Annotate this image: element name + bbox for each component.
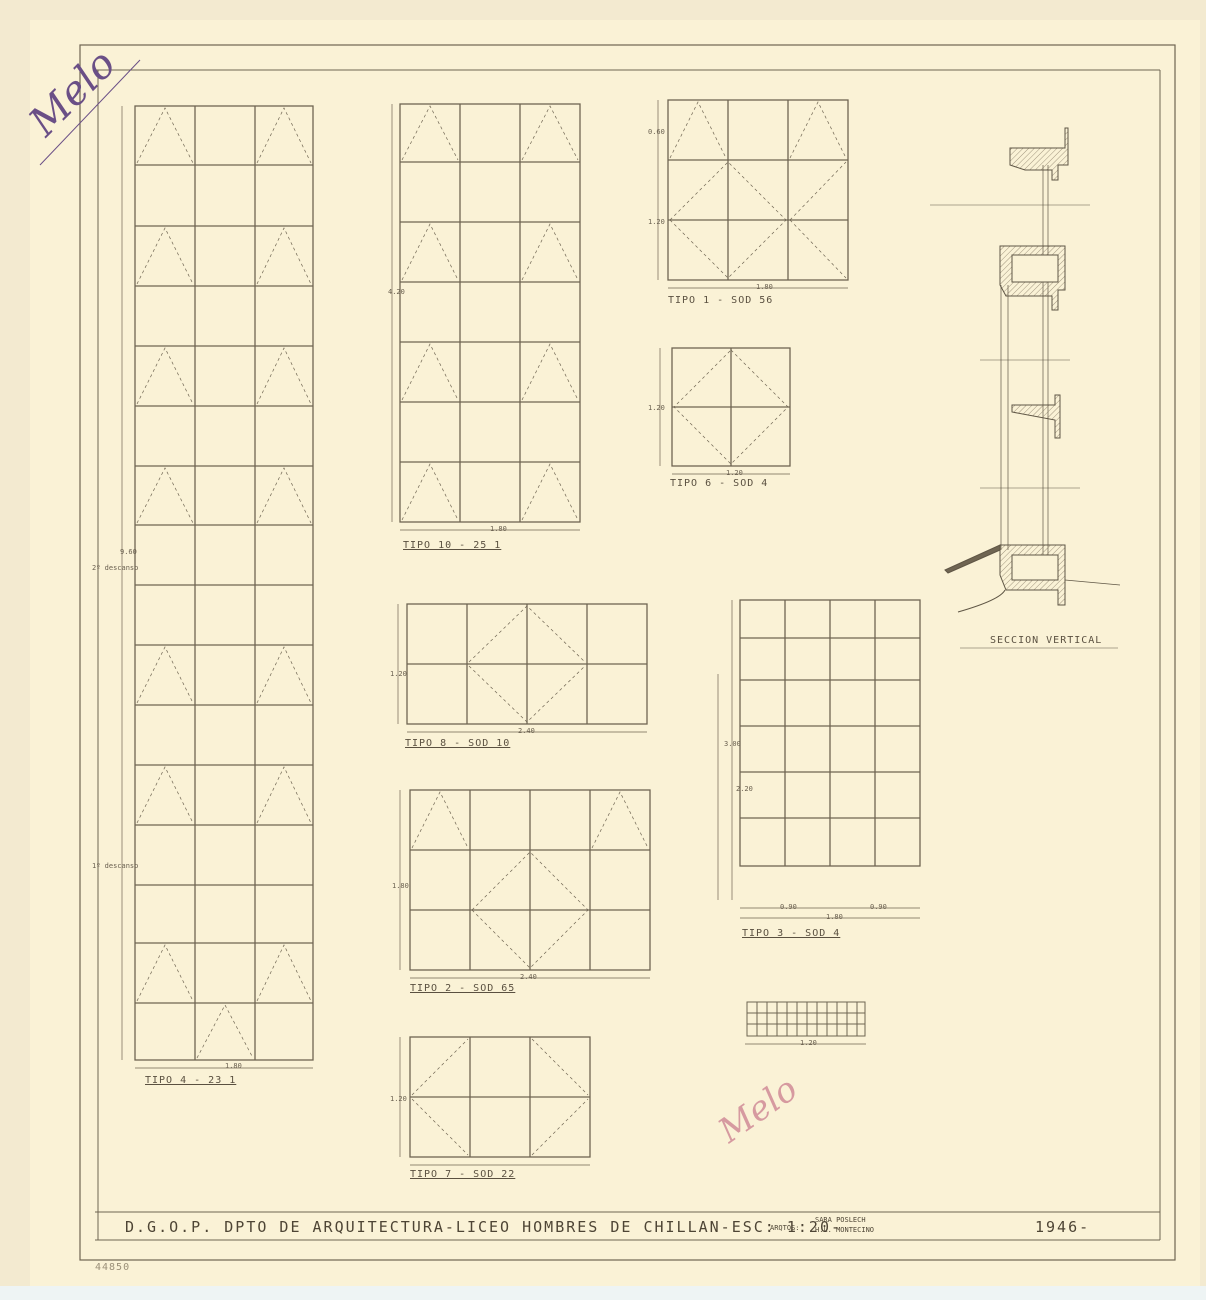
vertical-section: [930, 128, 1120, 648]
tipo-10-elevation: [392, 104, 580, 530]
label-tipo-10: TIPO 10 - 25 1: [403, 540, 501, 551]
drawing-canvas: [0, 0, 1206, 1300]
dim-tipo-3-left: 0.90: [780, 903, 797, 911]
dim-tipo-4-height: 9.60: [120, 548, 137, 556]
label-tipo-7: TIPO 7 - SOD 22: [410, 1169, 515, 1180]
label-tipo-8: TIPO 8 - SOD 10: [405, 738, 510, 749]
sheet-border: [80, 45, 1175, 1260]
note-1st-landing: 1º descanso: [92, 862, 138, 870]
dim-tipo-10-width: 1.80: [490, 525, 507, 533]
dim-tipo-2-height: 1.80: [392, 882, 409, 890]
dim-tipo-3-height-b: 2.20: [736, 785, 753, 793]
architect-1: SARA POSLECH: [815, 1216, 866, 1224]
label-tipo-4: TIPO 4 - 23 1: [145, 1075, 236, 1086]
dim-tipo-1-width: 1.80: [756, 283, 773, 291]
tipo-7-elevation: [400, 1037, 590, 1165]
tipo-3-elevation: [718, 600, 920, 918]
label-seccion-vertical: SECCION VERTICAL: [990, 635, 1102, 646]
label-tipo-1: TIPO 1 - SOD 56: [668, 295, 773, 306]
dim-tipo-3-width: 1.80: [826, 913, 843, 921]
grille-elevation: [745, 1002, 866, 1044]
note-2nd-landing: 2º descanso: [92, 564, 138, 572]
label-tipo-2: TIPO 2 - SOD 65: [410, 983, 515, 994]
dim-tipo-6-width: 1.20: [726, 469, 743, 477]
dim-tipo-3-right: 0.90: [870, 903, 887, 911]
dim-tipo-6-height: 1.20: [648, 404, 665, 412]
dim-tipo-4-width: 1.80: [225, 1062, 242, 1070]
dim-tipo-8-height: 1.20: [390, 670, 407, 678]
dim-tipo-7-height: 1.20: [390, 1095, 407, 1103]
architect-2: H.L. MONTECINO: [815, 1226, 874, 1234]
dim-tipo-3-height-a: 3.00: [724, 740, 741, 748]
tipo-4-elevation: [122, 106, 313, 1068]
dim-grille-width: 1.20: [800, 1039, 817, 1047]
tipo-1-elevation: [658, 100, 848, 288]
dim-tipo-2-width: 2.40: [520, 973, 537, 981]
tipo-6-elevation: [660, 348, 790, 474]
label-tipo-6: TIPO 6 - SOD 4: [670, 478, 768, 489]
dim-tipo-10-height: 4.20: [388, 288, 405, 296]
stamp-number: 44850: [95, 1262, 130, 1273]
architects-label: ARQTOS:: [770, 1224, 800, 1232]
label-tipo-3: TIPO 3 - SOD 4: [742, 928, 840, 939]
tipo-2-elevation: [400, 790, 650, 978]
dim-tipo-1-height-top: 0.60: [648, 128, 665, 136]
title-block-year: 1946-: [1035, 1218, 1090, 1236]
title-block-main: D.G.O.P. DPTO DE ARQUITECTURA-LICEO HOMB…: [125, 1218, 842, 1236]
dim-tipo-1-height-bottom: 1.20: [648, 218, 665, 226]
tipo-8-elevation: [398, 604, 647, 732]
dim-tipo-8-width: 2.40: [518, 727, 535, 735]
